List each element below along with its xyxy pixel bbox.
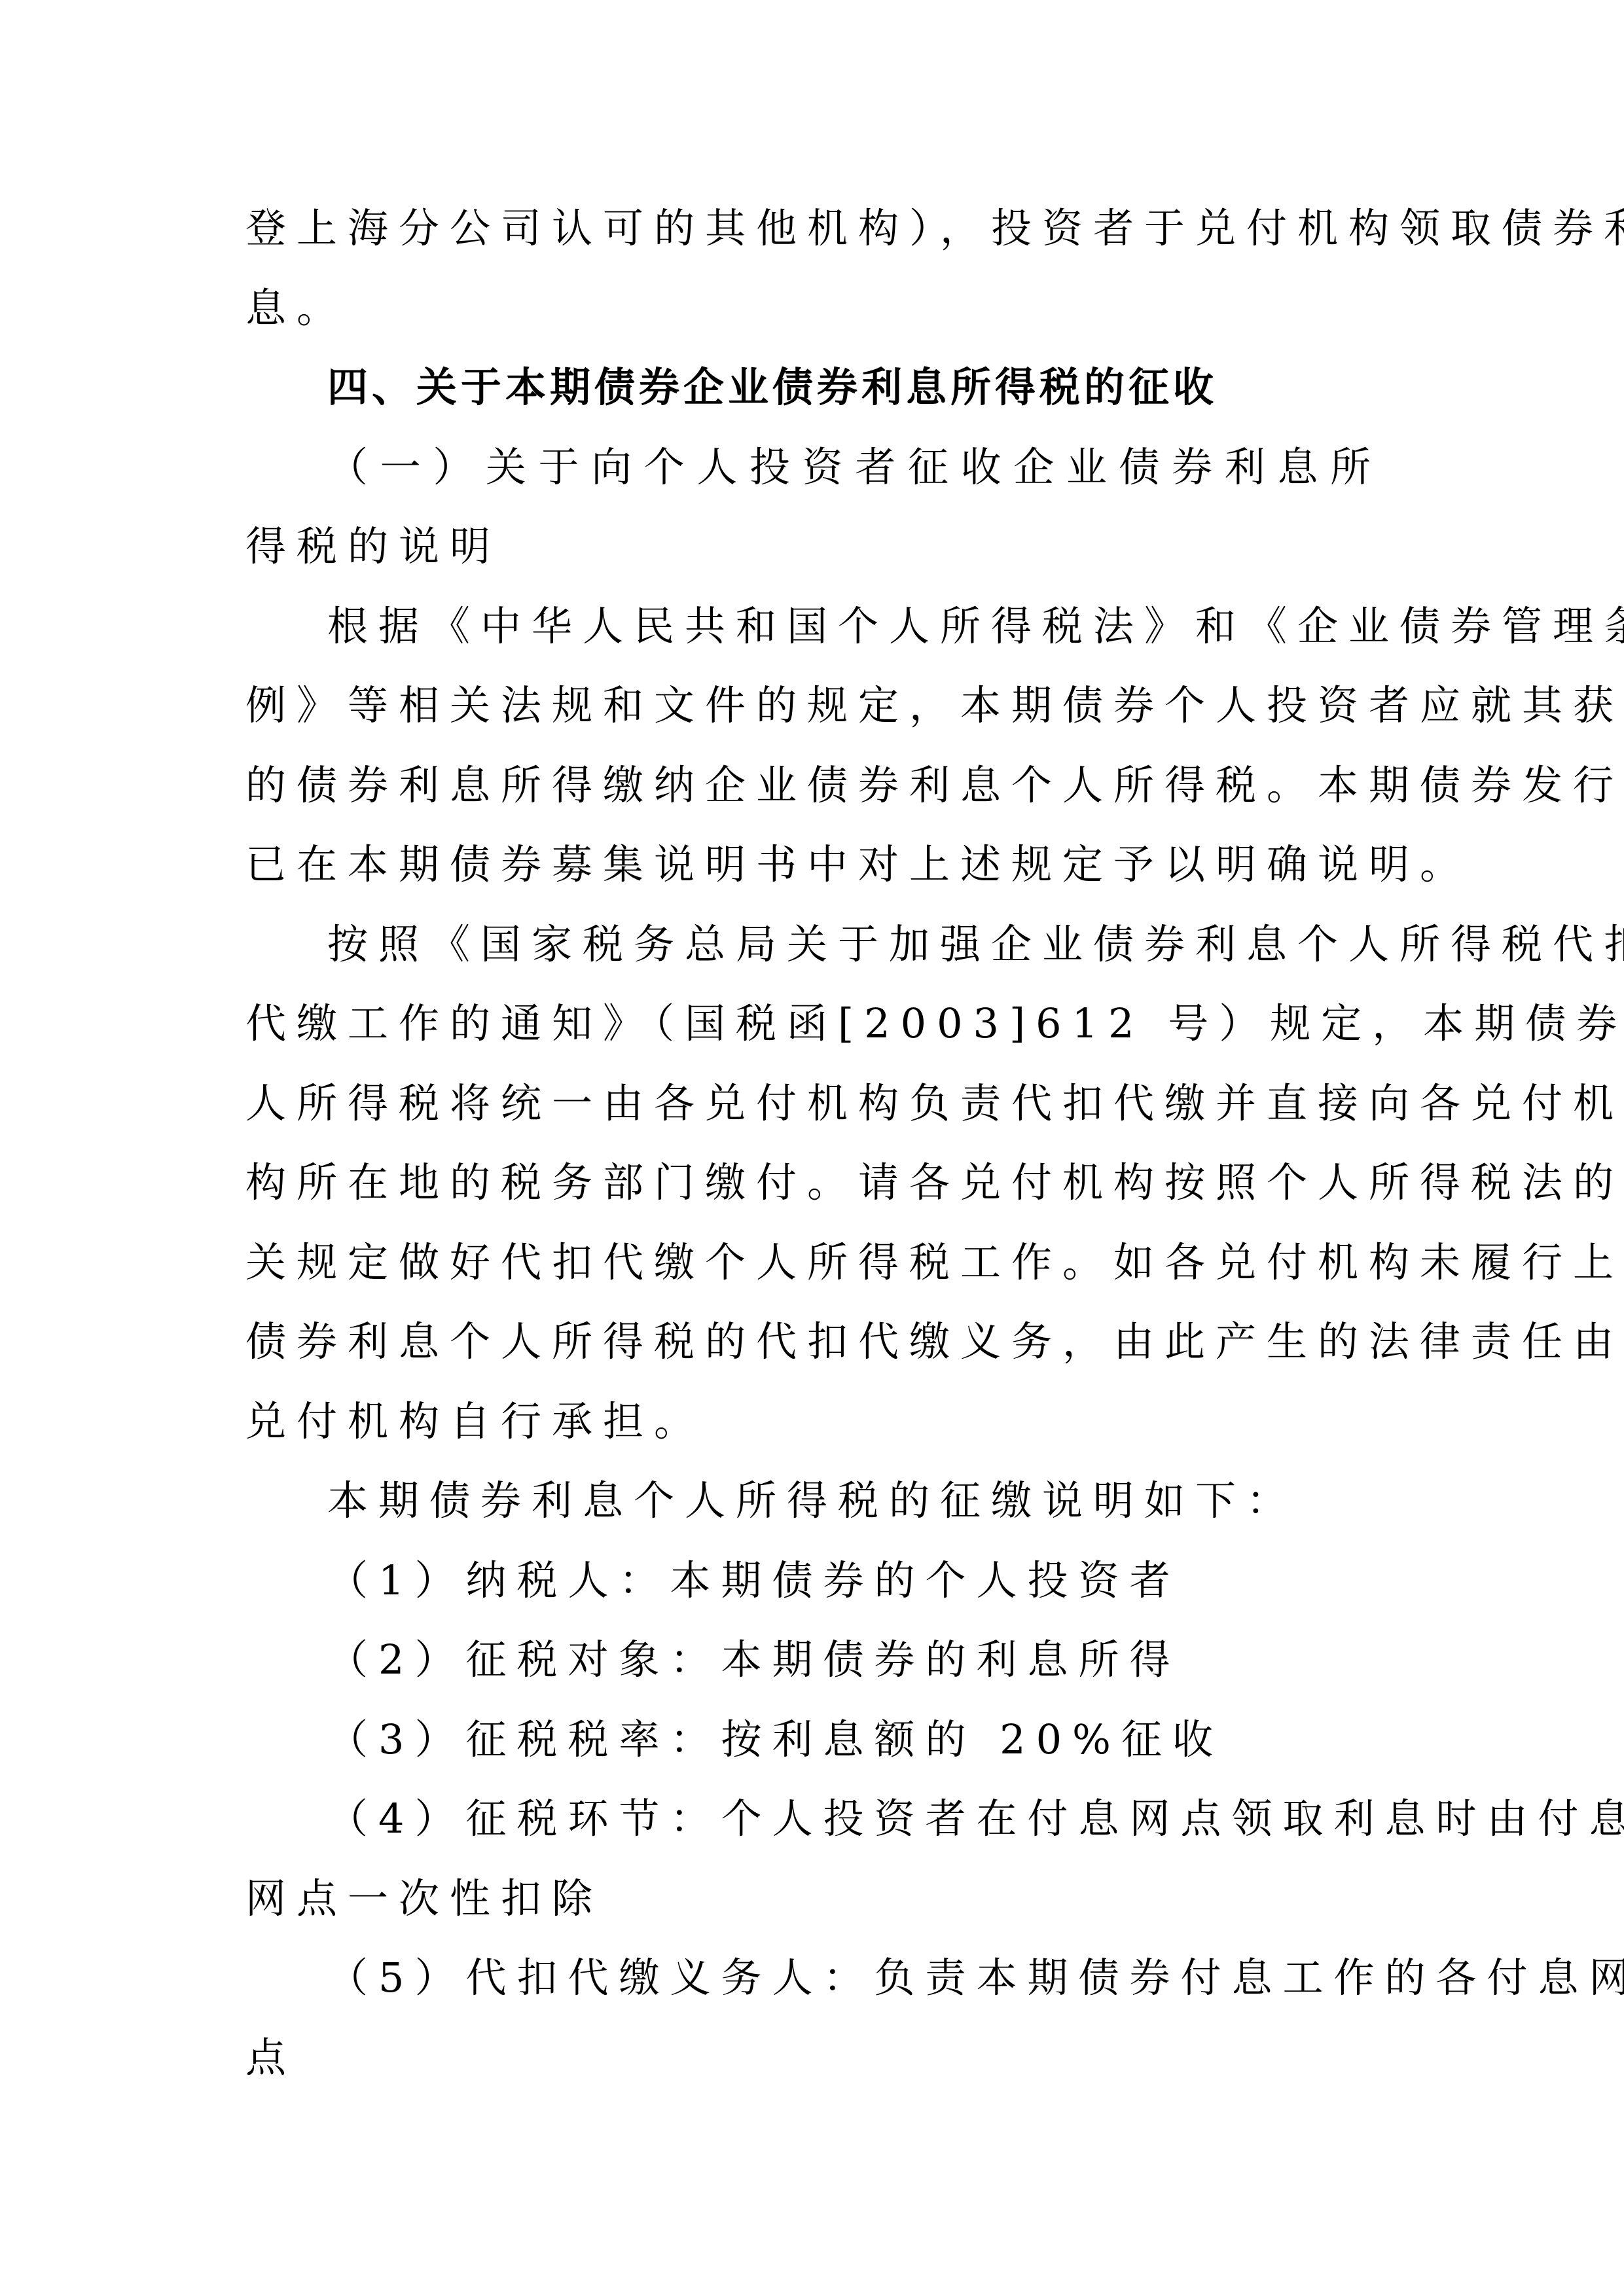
list-item-tax-object: （2）征税对象：本期债券的利息所得 (245, 1620, 1381, 1700)
text-line: 登上海分公司认可的其他机构），投资者于兑付机构领取债券利 (245, 188, 1381, 268)
withholding-notice-paragraph: 按照《国家税务总局关于加强企业债券利息个人所得税代扣 代缴工作的通知》（国税函[… (245, 905, 1381, 1462)
text-line: 人所得税将统一由各兑付机构负责代扣代缴并直接向各兑付机 (245, 1064, 1381, 1143)
list-item-tax-rate: （3）征税税率：按利息额的 20%征收 (245, 1700, 1381, 1780)
text-line: 本期债券利息个人所得税的征缴说明如下： (245, 1461, 1381, 1541)
list-item-withholding-agent: （5）代扣代缴义务人：负责本期债券付息工作的各付息网 点 (245, 1938, 1381, 2097)
text-line: 构所在地的税务部门缴付。请各兑付机构按照个人所得税法的有 (245, 1143, 1381, 1223)
continuation-paragraph: 登上海分公司认可的其他机构），投资者于兑付机构领取债券利 息。 (245, 188, 1381, 348)
text-line: 已在本期债券募集说明书中对上述规定予以明确说明。 (245, 825, 1381, 905)
section-heading-text: 四、关于本期债券企业债券利息所得税的征收 (327, 363, 1218, 411)
text-line: 点 (245, 2018, 1381, 2098)
section-heading: 四、关于本期债券企业债券利息所得税的征收 (245, 348, 1381, 427)
text-line: （2）征税对象：本期债券的利息所得 (245, 1620, 1381, 1700)
text-line: 的债券利息所得缴纳企业债券利息个人所得税。本期债券发行人 (245, 745, 1381, 825)
text-line: （4）征税环节：个人投资者在付息网点领取利息时由付息 (245, 1779, 1381, 1859)
legal-basis-paragraph: 根据《中华人民共和国个人所得税法》和《企业债券管理条 例》等相关法规和文件的规定… (245, 586, 1381, 905)
text-line: 网点一次性扣除 (245, 1859, 1381, 1939)
text-line: 息。 (245, 268, 1381, 348)
collection-intro-paragraph: 本期债券利息个人所得税的征缴说明如下： (245, 1461, 1381, 1541)
list-item-taxpayer: （1）纳税人：本期债券的个人投资者 (245, 1541, 1381, 1621)
text-line: 代缴工作的通知》（国税函[2003]612 号）规定，本期债券利息个 (245, 984, 1381, 1064)
text-line: 按照《国家税务总局关于加强企业债券利息个人所得税代扣 (245, 905, 1381, 984)
subsection-heading: （一）关于向个人投资者征收企业债券利息所得税的说明 (245, 427, 1381, 586)
text-line: 根据《中华人民共和国个人所得税法》和《企业债券管理条 (245, 586, 1381, 666)
document-page: 登上海分公司认可的其他机构），投资者于兑付机构领取债券利 息。 四、关于本期债券… (245, 188, 1381, 2097)
text-line: （5）代扣代缴义务人：负责本期债券付息工作的各付息网 (245, 1938, 1381, 2018)
text-line: 关规定做好代扣代缴个人所得税工作。如各兑付机构未履行上述 (245, 1223, 1381, 1302)
text-line: 例》等相关法规和文件的规定，本期债券个人投资者应就其获得 (245, 666, 1381, 745)
text-line: （1）纳税人：本期债券的个人投资者 (245, 1541, 1381, 1621)
text-line: 债券利息个人所得税的代扣代缴义务，由此产生的法律责任由各 (245, 1302, 1381, 1382)
text-line: 兑付机构自行承担。 (245, 1382, 1381, 1462)
list-item-tax-stage: （4）征税环节：个人投资者在付息网点领取利息时由付息 网点一次性扣除 (245, 1779, 1381, 1938)
text-line: （3）征税税率：按利息额的 20%征收 (245, 1700, 1381, 1780)
subsection-heading-text: （一）关于向个人投资者征收企业债券利息所得税的说明 (245, 443, 1381, 571)
